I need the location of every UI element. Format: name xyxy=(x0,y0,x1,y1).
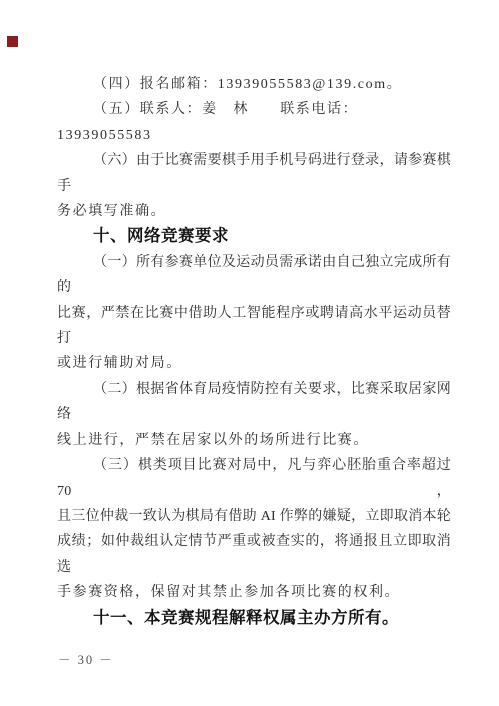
page-number: － 30 － xyxy=(58,652,114,668)
line-contact-person: （五）联系人：姜 林 联系电话：13939055583 xyxy=(57,97,451,148)
line-rule-one-3: 或进行辅助对局。 xyxy=(57,351,451,376)
line-login-note-1: （六）由于比赛需要棋手用手机号码进行登录，请参赛棋手 xyxy=(57,148,451,199)
red-square-marker xyxy=(7,36,18,47)
line-rule-three-2: 且三位仲裁一致认为棋局有借助 AI 作弊的嫌疑，立即取消本轮 xyxy=(57,504,451,529)
line-rule-three-3: 成绩；如仲裁组认定情节严重或被查实的，将通报且立即取消选 xyxy=(57,529,451,580)
line-rule-three-1: （三）棋类项目比赛对局中，凡与弈心胚胎重合率超过 70， xyxy=(57,453,451,504)
document-text-block: （四）报名邮箱：13939055583@139.com。（五）联系人：姜 林 联… xyxy=(57,72,451,631)
line-rule-three-4: 手参赛资格，保留对其禁止参加各项比赛的权利。 xyxy=(57,580,451,605)
line-registration-email: （四）报名邮箱：13939055583@139.com。 xyxy=(57,72,451,97)
line-rule-two-1: （二）根据省体育局疫情防控有关要求，比赛采取居家网络 xyxy=(57,377,451,428)
line-rule-one-2: 比赛，严禁在比赛中借助人工智能程序或聘请高水平运动员替打 xyxy=(57,301,451,352)
document-page: （四）报名邮箱：13939055583@139.com。（五）联系人：姜 林 联… xyxy=(0,0,499,706)
line-login-note-2: 务必填写准确。 xyxy=(57,199,451,224)
line-rule-one-1: （一）所有参赛单位及运动员需承诺由自己独立完成所有的 xyxy=(57,250,451,301)
heading-section-ten: 十、网络竞赛要求 xyxy=(57,224,451,249)
heading-section-eleven: 十一、本竞赛规程解释权属主办方所有。 xyxy=(57,606,451,631)
line-rule-two-2: 线上进行，严禁在居家以外的场所进行比赛。 xyxy=(57,428,451,453)
